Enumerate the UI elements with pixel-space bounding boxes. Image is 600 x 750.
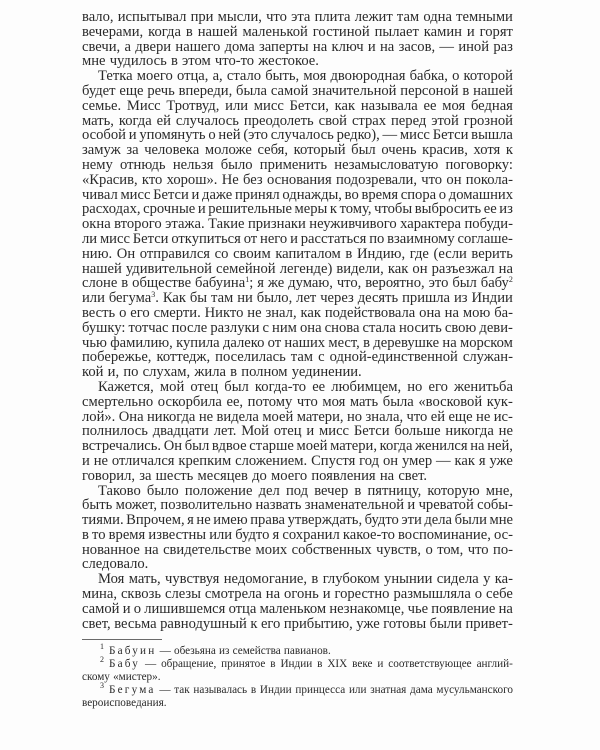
footnote: 2 Бабу—обращение,принятоевИндиивXIXвекеи… [82, 658, 513, 684]
text-line: особойиупомянутьоней(этослучалосьредко),… [82, 128, 513, 143]
footnote-line: скому«мистер». [82, 671, 513, 684]
text-line: лой».Онаникогданевиделамоейматери,нознал… [82, 410, 513, 425]
text-line: вестьоегосмерти.Никтонезнал,какподейство… [82, 306, 513, 321]
footnote-line: 2 Бабу—обращение,принятоевИндиивXIXвекеи… [82, 658, 513, 671]
text-line: мнечудилосьвэтомчто-тожестокое. [82, 54, 513, 69]
footnote-line: 3 Бегума—такназываласьвИндиипринцессаили… [82, 684, 513, 697]
footnote: 3 Бегума—такназываласьвИндиипринцессаили… [82, 684, 513, 710]
text-line: полнилосьдвадцатилет.МойотецимиссБетсибо… [82, 424, 513, 439]
footnote-line: 1 Бабуин—обезьянаизсемействапавианов. [82, 645, 513, 658]
text-line: вало,испытывалпримысли,чтоэтаплиталежитт… [82, 10, 513, 25]
footnote-marker: 2 [509, 275, 513, 284]
text-line: инеотличалсякрепкимсложением.Спустягодон… [82, 454, 513, 469]
footnote-term: Бегума [104, 684, 156, 696]
text-line: нашейудивительнойсемейнойлегенде)видели,… [82, 262, 513, 277]
footnote-term: Бабуин [104, 645, 156, 657]
text-line: замужзачеловекамоложесебя,которыйбылочен… [82, 143, 513, 158]
text-line: Кажется,мойотецбылкогда-тоеелюбимцем,ное… [82, 380, 513, 395]
text-line: слоневобществебабуина1;яжедумаю,что,веро… [82, 276, 513, 291]
text-line: лимиссБетсиоткупитьсяотнегоирасстатьсяпо… [82, 232, 513, 247]
paragraph: вало,испытывалпримысли,чтоэтаплиталежитт… [82, 10, 513, 69]
text-line: нию.ОнотправилсясосвоимкапиталомвИндию,г… [82, 247, 513, 262]
paragraph: Моямать,чувствуянедомогание,вглубокомуны… [82, 572, 513, 631]
text-line: встречались.Онбылвдвоестаршемоейматери,к… [82, 439, 513, 454]
text-line: койи,послухам,жилавполномуединении. [82, 365, 513, 380]
text-line: побережье,коттедж,поселиласьтамсодной-ед… [82, 350, 513, 365]
text-line: окнавторогоэтажа.Такиепризнакинеуживчиво… [82, 217, 513, 232]
text-line: вечерами,когдавнашеймаленькойгостинойпыл… [82, 25, 513, 40]
footnote-line: вероисповедания. [82, 697, 513, 710]
text-line: говорил,зашестьмесяцевдомоегопоявленияна… [82, 469, 513, 484]
text-line: смертельнооскорбилаее,потомучтомояматьбы… [82, 395, 513, 410]
footnote-term: Бабу [104, 658, 140, 670]
text-line: бушку:тотчаспослеразлукиснимонасновастал… [82, 321, 513, 336]
footnote-marker: 1 [245, 275, 249, 284]
text-line: чивалмиссБетсиидажепринялоднажды,вовремя… [82, 188, 513, 203]
text-line: семье.МиссТротвуд,илимиссБетси,какназыва… [82, 99, 513, 114]
paragraph: Кажется,мойотецбылкогда-тоеелюбимцем,ное… [82, 380, 513, 484]
footnote: 1 Бабуин—обезьянаизсемействапавианов. [82, 645, 513, 658]
text-line: будетещеречьвпереди,быласамойзначительно… [82, 84, 513, 99]
text-line: немуотнюдьнельзябылоприменитьнезамыслова… [82, 158, 513, 173]
text-line: следовало. [82, 557, 513, 572]
text-line: «Красив,ктохорош».Небезоснованияподозрев… [82, 173, 513, 188]
text-line: свет,весьмаравнодушныйкегоприбытию,ужего… [82, 617, 513, 632]
paragraph: Теткамоегоотца,а,сталобыть,моядвоюродная… [82, 69, 513, 380]
book-page: вало,испытывалпримысли,чтоэтаплиталежитт… [0, 0, 600, 750]
paragraph: Таковобылоположениеделподвечервпятницу,к… [82, 484, 513, 573]
text-line: чьюфамилию,купиладалекоотнашихмест,вдере… [82, 336, 513, 351]
footnotes: 1 Бабуин—обезьянаизсемействапавианов.2 Б… [82, 645, 513, 710]
text-line: Теткамоегоотца,а,сталобыть,моядвоюродная… [82, 69, 513, 84]
text-line: Таковобылоположениеделподвечервпятницу,к… [82, 484, 513, 499]
text-line: свечи,адверинашегодомазапертынаключиназа… [82, 40, 513, 55]
text-line: тиями.Впрочем,янеимеюправаутверждать,буд… [82, 513, 513, 528]
text-line: илибегума3.Какбытамнибыло,летчерездесять… [82, 291, 513, 306]
footnote-marker: 3 [151, 290, 155, 299]
text-line: нованноенасвидетельствемоихсобственныхчу… [82, 543, 513, 558]
main-text-column: вало,испытывалпримысли,чтоэтаплиталежитт… [82, 10, 513, 631]
text-line: расходах,срочныеирешительныемерыктому,чт… [82, 202, 513, 217]
text-line: самойиолишившемсяотцамаленькомнезнакомце… [82, 602, 513, 617]
text-line: бытьможет,позволительноназватьзнаменател… [82, 498, 513, 513]
text-line: мина,сквозьслезысмотреланаогоньигорестно… [82, 587, 513, 602]
footnote-separator [82, 639, 162, 640]
text-line: мать,когдаейслучалосьпреодолетьсвойстрах… [82, 114, 513, 129]
text-line: втовремяизвестныилибудтоясохранилкакое-т… [82, 528, 513, 543]
text-line: Моямать,чувствуянедомогание,вглубокомуны… [82, 572, 513, 587]
